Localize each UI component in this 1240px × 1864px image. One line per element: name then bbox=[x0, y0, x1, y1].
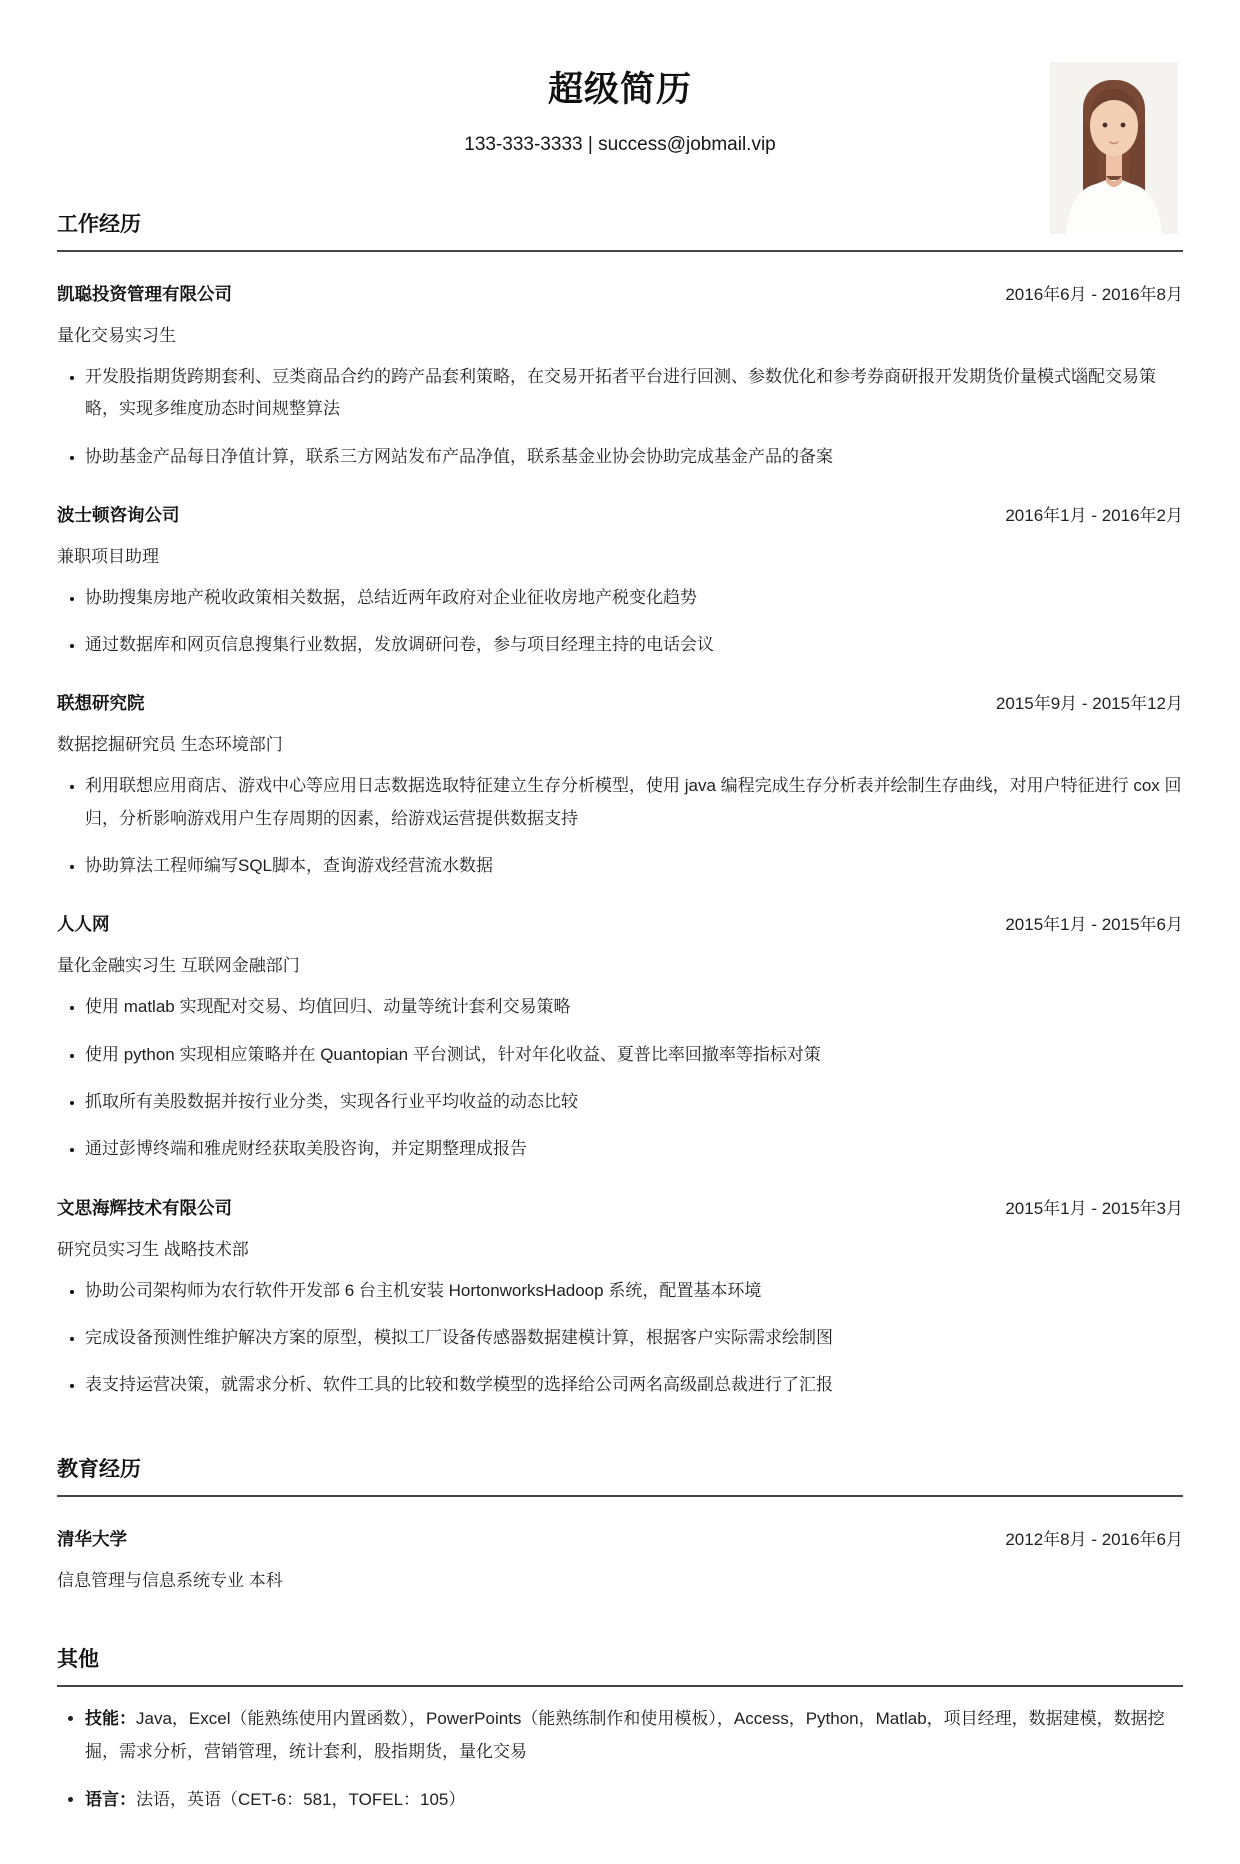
job-bullet-list: 开发股指期货跨期套利、豆类商品合约的跨产品套利策略，在交易开拓者平台进行回测、参… bbox=[57, 361, 1183, 473]
section-other: 其他 技能：Java，Excel（能熟练使用内置函数），PowerPoints（… bbox=[57, 1643, 1183, 1816]
bullet-item: 使用 matlab 实现配对交易、均值回归、动量等统计套利交易策略 bbox=[85, 991, 1183, 1023]
resume-header: 超级简历 133-333-3333 | success@jobmail.vip bbox=[57, 62, 1183, 156]
bullet-item: 利用联想应用商店、游戏中心等应用日志数据选取特征建立生存分析模型，使用 java… bbox=[85, 770, 1183, 835]
job-entry: 波士顿咨询公司 2016年1月 - 2016年2月 兼职项目助理 协助搜集房地产… bbox=[57, 501, 1183, 662]
bullet-item: 完成设备预测性维护解决方案的原型，模拟工厂设备传感器数据建模计算，根据客户实际需… bbox=[85, 1322, 1183, 1354]
section-title-education: 教育经历 bbox=[57, 1453, 1183, 1497]
company-name: 凯聪投资管理有限公司 bbox=[57, 281, 232, 306]
job-header: 凯聪投资管理有限公司 2016年6月 - 2016年8月 bbox=[57, 280, 1183, 306]
job-bullet-list: 协助公司架构师为农行软件开发部 6 台主机安装 HortonworksHadoo… bbox=[57, 1275, 1183, 1402]
portrait-photo-illustration bbox=[1050, 62, 1178, 234]
school-name: 清华大学 bbox=[57, 1526, 127, 1551]
company-name: 波士顿咨询公司 bbox=[57, 502, 180, 527]
job-entry: 人人网 2015年1月 - 2015年6月 量化金融实习生 互联网金融部门 使用… bbox=[57, 910, 1183, 1165]
other-list: 技能：Java，Excel（能熟练使用内置函数），PowerPoints（能熟练… bbox=[57, 1703, 1183, 1816]
job-header: 波士顿咨询公司 2016年1月 - 2016年2月 bbox=[57, 501, 1183, 527]
education-date-range: 2012年8月 - 2016年6月 bbox=[1005, 1525, 1183, 1550]
job-bullet-list: 协助搜集房地产税收政策相关数据，总结近两年政府对企业征收房地产税变化趋势 通过数… bbox=[57, 582, 1183, 662]
bullet-item: 协助搜集房地产税收政策相关数据，总结近两年政府对企业征收房地产税变化趋势 bbox=[85, 582, 1183, 614]
job-date-range: 2016年1月 - 2016年2月 bbox=[1005, 501, 1183, 526]
job-bullet-list: 使用 matlab 实现配对交易、均值回归、动量等统计套利交易策略 使用 pyt… bbox=[57, 991, 1183, 1165]
job-entry: 凯聪投资管理有限公司 2016年6月 - 2016年8月 量化交易实习生 开发股… bbox=[57, 280, 1183, 473]
bullet-item: 开发股指期货跨期套利、豆类商品合约的跨产品套利策略，在交易开拓者平台进行回测、参… bbox=[85, 361, 1183, 426]
job-header: 人人网 2015年1月 - 2015年6月 bbox=[57, 910, 1183, 936]
resume-page: 超级简历 133-333-3333 | success@jobmail.vip … bbox=[0, 0, 1240, 1864]
job-bullet-list: 利用联想应用商店、游戏中心等应用日志数据选取特征建立生存分析模型，使用 java… bbox=[57, 770, 1183, 882]
bullet-item: 协助算法工程师编写SQL脚本，查询游戏经营流水数据 bbox=[85, 850, 1183, 882]
bullet-item: 使用 python 实现相应策略并在 Quantopian 平台测试，针对年化收… bbox=[85, 1039, 1183, 1071]
skills-label: 技能： bbox=[85, 1709, 136, 1728]
contact-info: 133-333-3333 | success@jobmail.vip bbox=[57, 134, 1183, 156]
company-name: 人人网 bbox=[57, 911, 110, 936]
bullet-item: 抓取所有美股数据并按行业分类，实现各行业平均收益的动态比较 bbox=[85, 1086, 1183, 1118]
job-entry: 联想研究院 2015年9月 - 2015年12月 数据挖掘研究员 生态环境部门 … bbox=[57, 689, 1183, 882]
job-role: 量化交易实习生 bbox=[57, 321, 1183, 346]
skills-item: 技能：Java，Excel（能熟练使用内置函数），PowerPoints（能熟练… bbox=[85, 1703, 1183, 1768]
job-header: 文思海辉技术有限公司 2015年1月 - 2015年3月 bbox=[57, 1194, 1183, 1220]
page-title: 超级简历 bbox=[57, 62, 1183, 112]
job-role: 量化金融实习生 互联网金融部门 bbox=[57, 951, 1183, 976]
education-header: 清华大学 2012年8月 - 2016年6月 bbox=[57, 1525, 1183, 1551]
bullet-item: 通过数据库和网页信息搜集行业数据，发放调研问卷，参与项目经理主持的电话会议 bbox=[85, 629, 1183, 661]
company-name: 联想研究院 bbox=[57, 690, 145, 715]
education-entry: 清华大学 2012年8月 - 2016年6月 信息管理与信息系统专业 本科 bbox=[57, 1525, 1183, 1591]
job-role: 兼职项目助理 bbox=[57, 542, 1183, 567]
job-header: 联想研究院 2015年9月 - 2015年12月 bbox=[57, 689, 1183, 715]
section-work: 工作经历 凯聪投资管理有限公司 2016年6月 - 2016年8月 量化交易实习… bbox=[57, 208, 1183, 1401]
skills-text: Java，Excel（能熟练使用内置函数），PowerPoints（能熟练制作和… bbox=[85, 1709, 1165, 1760]
applicant-photo bbox=[1050, 62, 1178, 234]
job-entry: 文思海辉技术有限公司 2015年1月 - 2015年3月 研究员实习生 战略技术… bbox=[57, 1194, 1183, 1402]
job-date-range: 2015年1月 - 2015年3月 bbox=[1005, 1194, 1183, 1219]
company-name: 文思海辉技术有限公司 bbox=[57, 1195, 232, 1220]
bullet-item: 协助基金产品每日净值计算，联系三方网站发布产品净值，联系基金业协会协助完成基金产… bbox=[85, 441, 1183, 473]
languages-label: 语言： bbox=[85, 1790, 136, 1809]
languages-item: 语言：法语，英语（CET-6：581，TOFEL：105） bbox=[85, 1784, 1183, 1816]
bullet-item: 表支持运营决策，就需求分析、软件工具的比较和数学模型的选择给公司两名高级副总裁进… bbox=[85, 1369, 1183, 1401]
section-education: 教育经历 清华大学 2012年8月 - 2016年6月 信息管理与信息系统专业 … bbox=[57, 1453, 1183, 1591]
bullet-item: 协助公司架构师为农行软件开发部 6 台主机安装 HortonworksHadoo… bbox=[85, 1275, 1183, 1307]
education-detail: 信息管理与信息系统专业 本科 bbox=[57, 1566, 1183, 1591]
job-date-range: 2015年1月 - 2015年6月 bbox=[1005, 910, 1183, 935]
section-title-other: 其他 bbox=[57, 1643, 1183, 1687]
job-role: 数据挖掘研究员 生态环境部门 bbox=[57, 730, 1183, 755]
section-title-work: 工作经历 bbox=[57, 208, 1183, 252]
job-role: 研究员实习生 战略技术部 bbox=[57, 1235, 1183, 1260]
job-date-range: 2016年6月 - 2016年8月 bbox=[1005, 280, 1183, 305]
bullet-item: 通过彭博终端和雅虎财经获取美股咨询，并定期整理成报告 bbox=[85, 1133, 1183, 1165]
job-date-range: 2015年9月 - 2015年12月 bbox=[996, 689, 1183, 714]
languages-text: 法语，英语（CET-6：581，TOFEL：105） bbox=[136, 1790, 465, 1809]
